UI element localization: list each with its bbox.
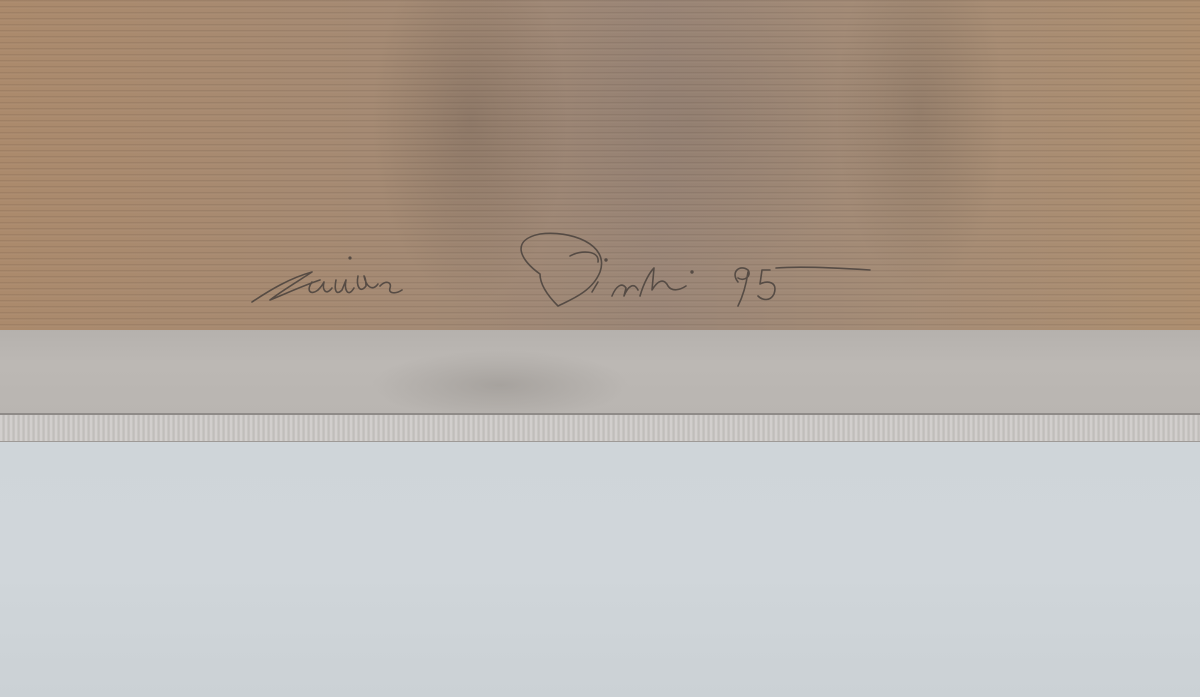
white-mat-board bbox=[0, 442, 1200, 697]
ribbed-brown-paper: Achille Pinto '95 bbox=[0, 0, 1200, 330]
artist-signature: Achille Pinto '95 bbox=[240, 220, 960, 320]
grey-mat-board bbox=[0, 330, 1200, 413]
mat-bevel-strip bbox=[0, 415, 1200, 441]
